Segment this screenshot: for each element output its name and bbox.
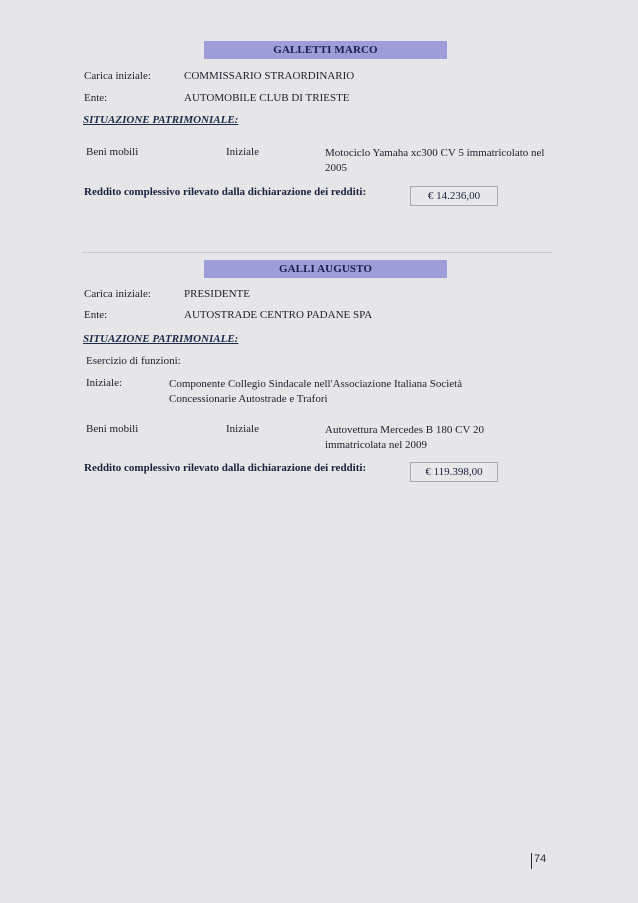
beni-description: Autovettura Mercedes B 180 CV 20 immatri…: [325, 423, 520, 453]
page-number-bar: [531, 853, 532, 869]
page-number: 74: [534, 853, 546, 865]
beni-phase: Iniziale: [226, 146, 259, 158]
carica-label: Carica iniziale:: [84, 70, 151, 82]
situazione-heading: SITUAZIONE PATRIMONIALE:: [83, 333, 238, 345]
carica-label: Carica iniziale:: [84, 288, 151, 300]
situazione-heading: SITUAZIONE PATRIMONIALE:: [83, 114, 238, 126]
reddito-label: Reddito complessivo rilevato dalla dichi…: [84, 462, 366, 474]
record-name-header: GALLETTI MARCO: [204, 41, 447, 59]
ente-label: Ente:: [84, 92, 107, 104]
reddito-amount: € 14.236,00: [410, 186, 498, 206]
section-divider: [82, 252, 552, 253]
beni-type: Beni mobili: [86, 423, 138, 435]
carica-value: PRESIDENTE: [184, 288, 250, 300]
esercizio-value: Componente Collegio Sindacale nell'Assoc…: [169, 377, 499, 407]
reddito-label: Reddito complessivo rilevato dalla dichi…: [84, 186, 366, 198]
ente-label: Ente:: [84, 309, 107, 321]
esercizio-label: Esercizio di funzioni:: [86, 355, 181, 367]
carica-value: COMMISSARIO STRAORDINARIO: [184, 70, 354, 82]
beni-description: Motociclo Yamaha xc300 CV 5 immatricolat…: [325, 146, 555, 176]
reddito-amount: € 119.398,00: [410, 462, 498, 482]
beni-phase: Iniziale: [226, 423, 259, 435]
record-name-header: GALLI AUGUSTO: [204, 260, 447, 278]
ente-value: AUTOSTRADE CENTRO PADANE SPA: [184, 309, 372, 321]
esercizio-phase: Iniziale:: [86, 377, 122, 389]
beni-type: Beni mobili: [86, 146, 138, 158]
ente-value: AUTOMOBILE CLUB DI TRIESTE: [184, 92, 350, 104]
